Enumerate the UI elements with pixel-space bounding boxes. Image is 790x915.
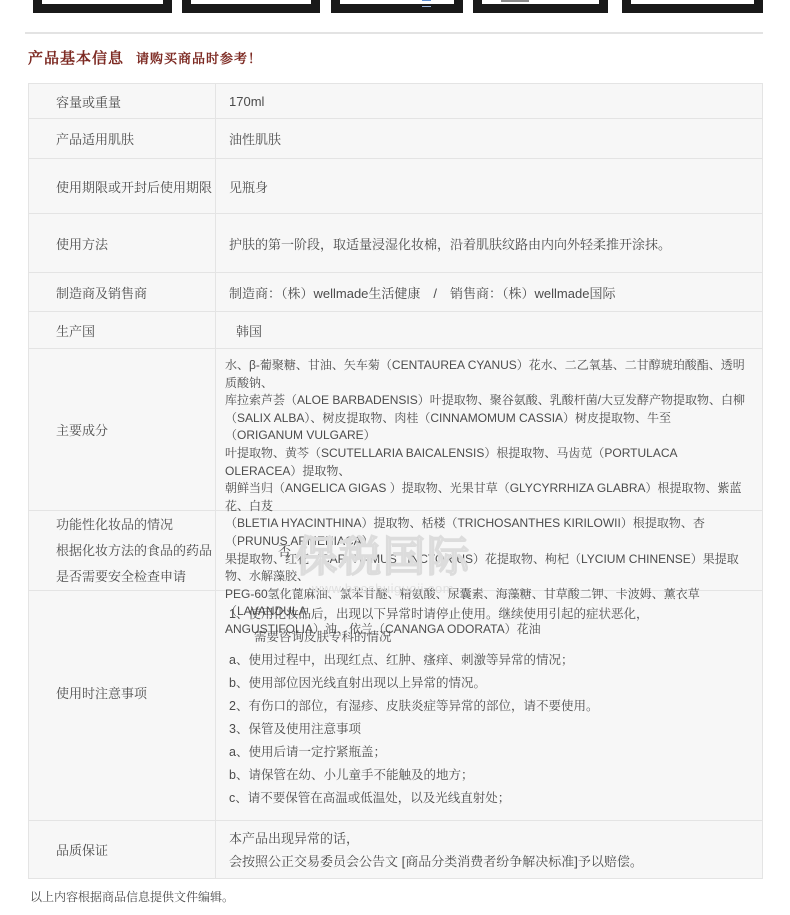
row-value: 制造商：（株）wellmade生活健康 / 销售商：（株）wellmade国际 [216, 273, 762, 311]
row-value: 韩国 [216, 312, 762, 348]
row-label: 容量或重量 [29, 84, 216, 118]
row-value: 170ml [216, 84, 762, 118]
row-label: 品质保证 [29, 821, 216, 878]
table-row-skin-type: 产品适用肌肤 油性肌肤 [29, 119, 762, 159]
table-row-quality-guarantee: 品质保证 本产品出现异常的话， 会按照公正交易委员会公告文 [商品分类消费者纷争… [29, 821, 762, 878]
section-heading: 产品基本信息 请购买商品时参考！ [28, 47, 262, 68]
row-value: 护肤的第一阶段，取适量浸湿化妆棉，沿着肌肤纹路由内向外轻柔推开涂抹。 [216, 214, 762, 272]
footer-note: 以上内容根据商品信息提供文件编辑。 [30, 888, 234, 905]
row-label: 使用期限或开封后使用期限 [29, 159, 216, 213]
product-image-frame-3 [331, 0, 463, 13]
table-row-precautions: 使用时注意事项 1、使用化妆品后，出现以下异常时请停止使用。继续使用引起的症状恶… [29, 591, 762, 821]
frame-glyph-icon [422, 0, 431, 7]
row-value: 油性肌肤 [216, 119, 762, 158]
table-row-functional-check: 功能性化妆品的情况 根据化妆方法的食品的药品 是否需要安全检查申请 否 [29, 511, 762, 591]
row-label: 功能性化妆品的情况 根据化妆方法的食品的药品 是否需要安全检查申请 [29, 511, 216, 590]
table-row-usage: 使用方法 护肤的第一阶段，取适量浸湿化妆棉，沿着肌肤纹路由内向外轻柔推开涂抹。 [29, 214, 762, 273]
product-image-frame-2 [182, 0, 320, 13]
product-info-table: 容量或重量 170ml 产品适用肌肤 油性肌肤 使用期限或开封后使用期限 见瓶身… [28, 83, 763, 879]
table-row-capacity: 容量或重量 170ml [29, 84, 762, 119]
row-label: 制造商及销售商 [29, 273, 216, 311]
product-image-frame-1 [33, 0, 172, 13]
product-image-frame-5 [622, 0, 763, 13]
page-title: 产品基本信息 [28, 47, 124, 68]
row-label: 使用时注意事项 [29, 591, 216, 820]
row-value: 水、β-葡聚糖、甘油、矢车菊（CENTAUREA CYANUS）花水、二乙氧基、… [216, 349, 762, 510]
page-divider [25, 32, 763, 34]
row-value: 否 [216, 511, 762, 590]
product-image-frame-4 [473, 0, 608, 13]
table-row-country: 生产国 韩国 [29, 312, 762, 349]
page-subtitle: 请购买商品时参考！ [136, 48, 262, 67]
row-label: 生产国 [29, 312, 216, 348]
row-value: 1、使用化妆品后，出现以下异常时请停止使用。继续使用引起的症状恶化， 需要咨询皮… [216, 591, 762, 820]
table-row-manufacturer: 制造商及销售商 制造商：（株）wellmade生活健康 / 销售商：（株）wel… [29, 273, 762, 312]
row-label: 主要成分 [29, 349, 216, 510]
product-info-page: 产品基本信息 请购买商品时参考！ 容量或重量 170ml 产品适用肌肤 油性肌肤… [0, 0, 790, 915]
row-label: 产品适用肌肤 [29, 119, 216, 158]
frame-caption-line [501, 0, 529, 2]
table-row-expiry: 使用期限或开封后使用期限 见瓶身 [29, 159, 762, 214]
row-label: 使用方法 [29, 214, 216, 272]
table-row-ingredients: 主要成分 水、β-葡聚糖、甘油、矢车菊（CENTAUREA CYANUS）花水、… [29, 349, 762, 511]
row-value: 本产品出现异常的话， 会按照公正交易委员会公告文 [商品分类消费者纷争解决标准]… [216, 821, 762, 878]
row-value: 见瓶身 [216, 159, 762, 213]
